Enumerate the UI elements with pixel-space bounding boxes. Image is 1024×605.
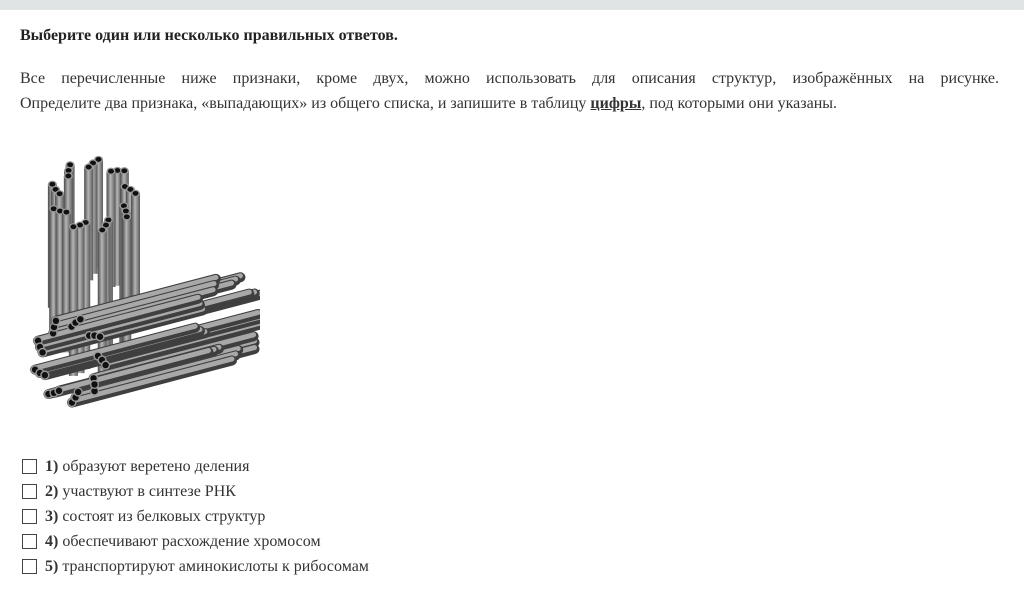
task-line-2-start: Определите два признака, «выпадающих» из… [20, 95, 590, 112]
answer-checkbox[interactable] [22, 559, 37, 574]
task-line-2-end: , под которыми они указаны. [641, 95, 837, 112]
option-number: 5) [45, 558, 58, 576]
option-text: участвуют в синтезе РНК [62, 483, 236, 501]
answer-checkbox[interactable] [22, 509, 37, 524]
answer-options: 1)образуют веретено деления2)участвуют в… [22, 454, 369, 579]
option-number: 3) [45, 508, 58, 526]
option-text: образуют веретено деления [62, 458, 249, 476]
option-text: обеспечивают расхождение хромосом [62, 533, 320, 551]
answer-option-3[interactable]: 3)состоят из белковых структур [22, 504, 369, 529]
task-line-1: Все перечисленные ниже признаки, кроме д… [20, 66, 999, 91]
answer-checkbox[interactable] [22, 534, 37, 549]
task-text: Все перечисленные ниже признаки, кроме д… [20, 66, 999, 116]
answer-option-4[interactable]: 4)обеспечивают расхождение хромосом [22, 529, 369, 554]
option-number: 4) [45, 533, 58, 551]
answer-option-2[interactable]: 2)участвуют в синтезе РНК [22, 479, 369, 504]
top-bar [0, 0, 1024, 10]
task-line-2: Определите два признака, «выпадающих» из… [20, 91, 999, 116]
answer-option-1[interactable]: 1)образуют веретено деления [22, 454, 369, 479]
answer-checkbox[interactable] [22, 484, 37, 499]
answer-option-5[interactable]: 5)транспортируют аминокислоты к рибосома… [22, 554, 369, 579]
option-text: состоят из белковых структур [62, 508, 265, 526]
option-number: 1) [45, 458, 58, 476]
centrioles-illustration [25, 145, 260, 415]
task-emphasis-digits: цифры [590, 95, 641, 112]
instruction-heading: Выберите один или несколько правильных о… [20, 27, 398, 45]
centrioles-figure [25, 145, 260, 415]
option-number: 2) [45, 483, 58, 501]
answer-checkbox[interactable] [22, 459, 37, 474]
option-text: транспортируют аминокислоты к рибосомам [62, 558, 369, 576]
